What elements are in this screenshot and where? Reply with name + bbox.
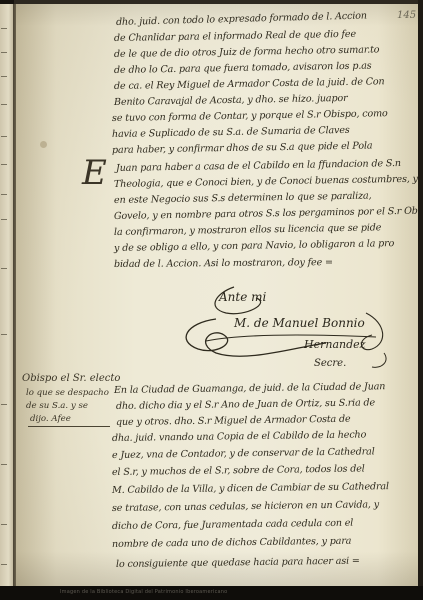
footer-watermark: Imagen de la Biblioteca Digital del Patr… <box>60 589 380 597</box>
text-line: y de se obligo a ello, y con para Navio,… <box>114 238 394 254</box>
margin-note-line: de su S.a. y se <box>26 401 88 411</box>
margin-note-line: lo que se despacho <box>26 388 109 398</box>
text-line: En la Ciudad de Guamanga, de juid. de la… <box>114 381 385 396</box>
text-line: de Chanlidar para el informado Real de q… <box>114 29 356 44</box>
margin-note-line: dijo. Afee <box>30 414 71 424</box>
text-line: Theologia, que e Conoci bien, y de Conoc… <box>114 173 418 190</box>
folio-number: 145 <box>397 10 416 21</box>
text-line: de le que de dio otros Juiz de forma hec… <box>114 44 380 60</box>
paper-stain <box>40 141 47 148</box>
signature-line: M. de Manuel Bonnio <box>234 316 365 330</box>
scan-right-border <box>418 0 423 600</box>
signature-line: Secre. <box>314 358 346 369</box>
decorative-initial: E <box>82 153 107 193</box>
text-line: para haber, y confirmar dhos de su S.a q… <box>112 140 373 156</box>
signature-line: Hernandez <box>304 338 365 351</box>
text-line: Benito Caravajal de Acosta, y dho. se hi… <box>114 93 348 108</box>
manuscript-page: 145 dho. juid. con todo lo expresado for… <box>16 3 418 586</box>
text-line: de ca. el Rey Miguel de Armador Costa de… <box>114 76 385 92</box>
text-line: dho. dicho dia y el S.r Ano de Juan de O… <box>116 397 375 412</box>
margin-note-line: Obispo el Sr. electo <box>22 373 120 384</box>
text-line: se tuvo con forma de Contar, y porque el… <box>112 108 388 124</box>
text-line: de dho lo Ca. para que fuera tomado, avi… <box>114 61 372 76</box>
text-line: dho. juid. con todo lo expresado formado… <box>116 10 367 28</box>
text-line: la confirmaron, y mostraron ellos su lic… <box>114 222 381 238</box>
text-line: bidad de l. Accion. Asi lo mostraron, do… <box>114 257 333 270</box>
signature-line: Ante mi <box>219 290 266 304</box>
text-line: nombre de cada uno de dichos Cabildantes… <box>112 536 351 550</box>
text-line: se tratase, con unas cedulas, se hiciero… <box>112 499 379 514</box>
text-line: e Juez, vna de Contador, y de conservar … <box>112 446 375 461</box>
text-line: lo consiguiente que quedase hacia para h… <box>116 556 360 570</box>
text-line: que y otros. dho. S.r Miguel de Armador … <box>116 414 351 428</box>
text-line: havia e Suplicado de su S.a. de Sumaria … <box>112 125 350 140</box>
text-line: el S.r, y muchos de el S.r, sobre de Cor… <box>112 463 365 478</box>
text-line: dicho de Cora, fue Juramentada cada cedu… <box>112 518 353 532</box>
scan-top-border <box>14 0 423 4</box>
previous-page-edge <box>0 4 14 588</box>
manuscript-scan: 145 dho. juid. con todo lo expresado for… <box>0 0 423 600</box>
text-line: dha. juid. vnando una Copia de el Cabild… <box>112 429 366 444</box>
text-line: Govelo, y en nombre para otros S.s los p… <box>114 205 418 222</box>
text-line: M. Cabildo de la Villa, y dicen de Cambi… <box>112 481 389 496</box>
text-line: en este Negocio sus S.s determinen lo qu… <box>114 191 372 206</box>
text-line: Juan para haber a casa de el Cabildo en … <box>116 158 401 174</box>
margin-note-underline <box>28 426 110 427</box>
